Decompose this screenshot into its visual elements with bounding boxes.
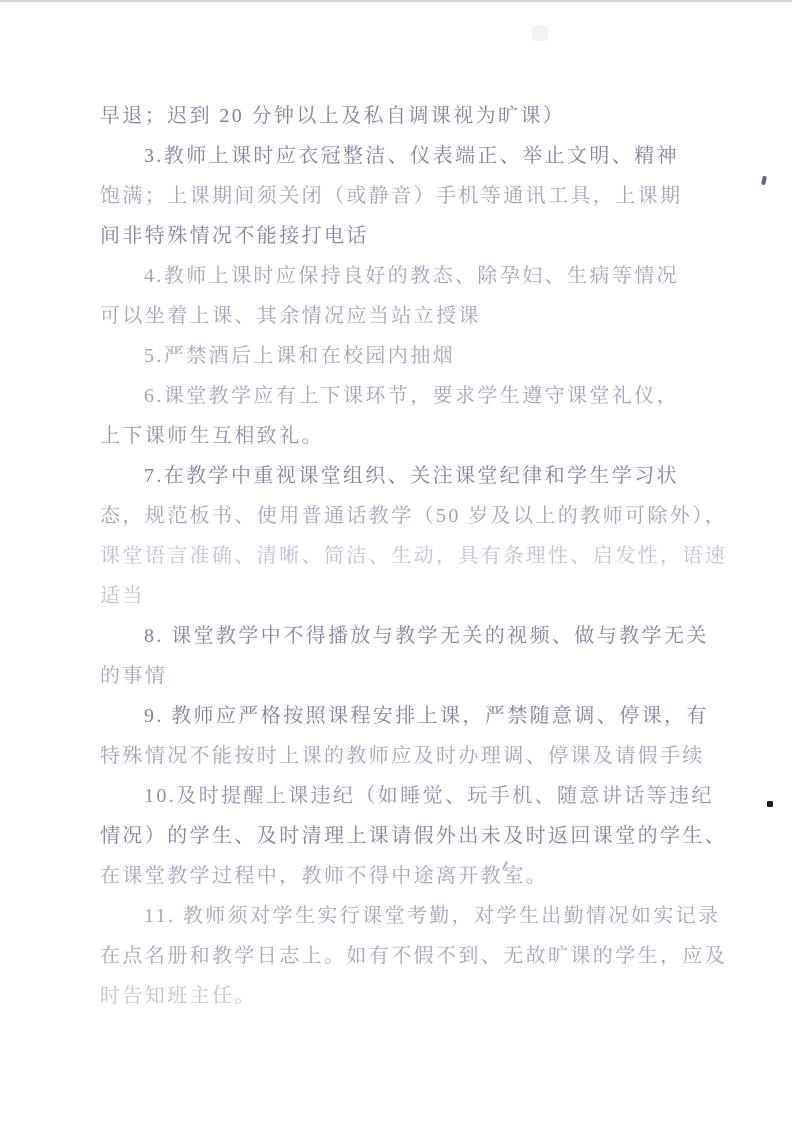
text-line: 的事情 xyxy=(100,656,700,696)
text-block: 早退；迟到 20 分钟以上及私自调课视为旷课）3.教师上课时应衣冠整洁、仪表端正… xyxy=(100,96,700,1016)
text-line: 课堂语言准确、清晰、简洁、生动，具有条理性、启发性，语速 xyxy=(100,536,700,576)
text-line: 间非特殊情况不能接打电话 xyxy=(100,216,700,256)
text-line: 适当 xyxy=(100,576,700,616)
text-line: 可以坐着上课、其余情况应当站立授课 xyxy=(100,296,700,336)
text-line: 在点名册和教学日志上。如有不假不到、无故旷课的学生，应及 xyxy=(100,936,700,976)
scanned-page: 早退；迟到 20 分钟以上及私自调课视为旷课）3.教师上课时应衣冠整洁、仪表端正… xyxy=(0,0,792,1128)
text-line: 饱满；上课期间须关闭（或静音）手机等通讯工具，上课期 xyxy=(100,176,700,216)
text-line: 11. 教师须对学生实行课堂考勤，对学生出勤情况如实记录 xyxy=(100,896,700,936)
text-line: 上下课师生互相致礼。 xyxy=(100,416,700,456)
text-line: 5.严禁酒后上课和在校园内抽烟 xyxy=(100,336,700,376)
text-line: 9. 教师应严格按照课程安排上课，严禁随意调、停课，有 xyxy=(100,696,700,736)
text-line: 在课堂教学过程中，教师不得中途离开教室。 xyxy=(100,856,700,896)
text-line: 情况）的学生、及时清理上课请假外出未及时返回课堂的学生、 xyxy=(100,816,700,856)
ink-speck-mark xyxy=(761,176,767,186)
text-line: 4.教师上课时应保持良好的教态、除孕妇、生病等情况 xyxy=(100,256,700,296)
text-line: 特殊情况不能按时上课的教师应及时办理调、停课及请假手续 xyxy=(100,736,700,776)
text-line: 10.及时提醒上课违纪（如睡觉、玩手机、随意讲话等违纪 xyxy=(100,776,700,816)
text-line: 态，规范板书、使用普通话教学（50 岁及以上的教师可除外）， xyxy=(100,496,700,536)
text-line: 3.教师上课时应衣冠整洁、仪表端正、举止文明、精神 xyxy=(100,136,700,176)
text-line: 时告知班主任。 xyxy=(100,976,700,1016)
scan-smudge xyxy=(532,25,548,41)
text-line: 6.课堂教学应有上下课环节，要求学生遵守课堂礼仪， xyxy=(100,376,700,416)
scan-top-edge xyxy=(0,0,792,2)
text-line: 8. 课堂教学中不得播放与教学无关的视频、做与教学无关 xyxy=(100,616,700,656)
text-line: 7.在教学中重视课堂组织、关注课堂纪律和学生学习状 xyxy=(100,456,700,496)
ink-dot-mark xyxy=(767,801,773,807)
text-line: 早退；迟到 20 分钟以上及私自调课视为旷课） xyxy=(100,96,700,136)
